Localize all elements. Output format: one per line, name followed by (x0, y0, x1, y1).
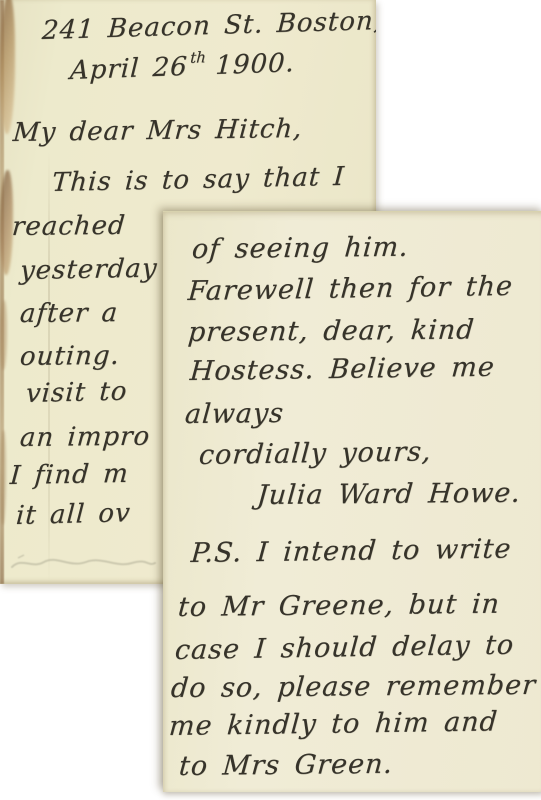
letter-line: case I should delay to (174, 630, 515, 666)
date-line: April 26th1900. (69, 48, 295, 86)
letter-line: me kindly to him and (168, 706, 499, 742)
pencil-notation (8, 552, 158, 574)
closing-line: cordially yours, (198, 436, 433, 471)
date-day: April 26 (69, 52, 188, 86)
letter-line: of seeing him. (191, 232, 410, 265)
fragment-line: after a (19, 298, 120, 329)
opening-line: This is to say that I (51, 162, 346, 198)
date-year: 1900. (215, 48, 296, 81)
torn-edge-stain (0, 430, 6, 525)
torn-binding-edge (0, 0, 16, 584)
address-line: 241 Beacon St. Boston, (41, 6, 376, 46)
fragment-line: visit to (25, 376, 128, 409)
salutation-line: My dear Mrs Hitch, (12, 114, 304, 148)
letter-line: Farewell then for the (187, 271, 514, 307)
ordinal-suffix: th (190, 48, 207, 67)
torn-edge-stain (0, 170, 13, 275)
fragment-line: outing. (19, 341, 121, 372)
torn-edge-stain (0, 0, 15, 134)
postscript-line: P.S. I intend to write (190, 534, 513, 570)
letter-line: present, dear, kind (187, 314, 476, 348)
letter-line: Hostess. Believe me (189, 352, 496, 387)
letter-line: always (184, 398, 285, 430)
letter-page-front: of seeing him. Farewell then for the pre… (163, 211, 541, 792)
fragment-line: reached (11, 211, 127, 242)
fragment-line: it all ov (15, 498, 132, 531)
letter-line: do so, please remember (170, 670, 537, 704)
fragment-line: I find m (9, 459, 130, 491)
torn-edge-stain (0, 300, 7, 370)
letter-line: to Mr Greene, but in (177, 589, 501, 623)
fragment-line: yesterday (19, 254, 159, 286)
letter-photo: 241 Beacon St. Boston, April 26th1900. M… (0, 0, 541, 800)
signature-line: Julia Ward Howe. (256, 478, 522, 511)
letter-line: to Mrs Green. (178, 749, 394, 782)
fragment-line: an impro (19, 422, 152, 453)
